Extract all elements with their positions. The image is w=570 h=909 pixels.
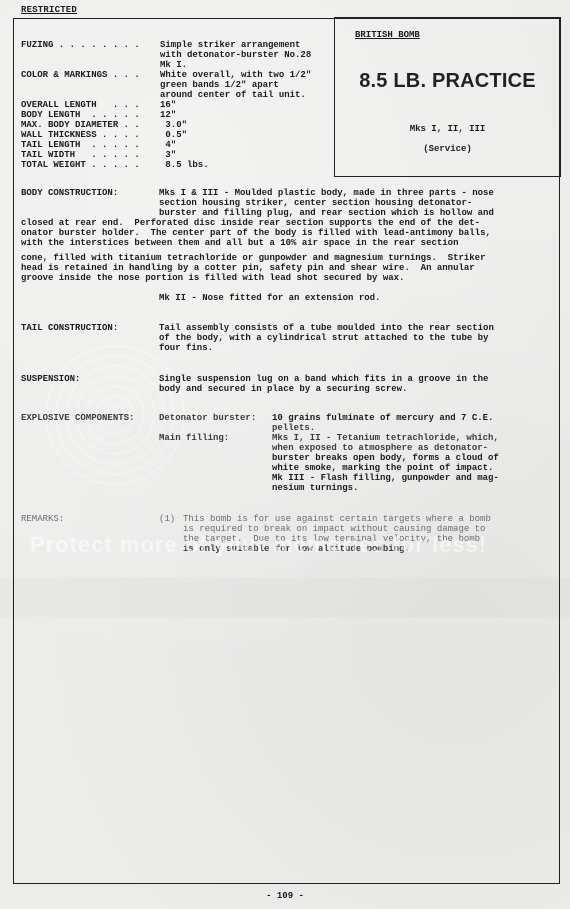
spec-total-weight-label: TOTAL WEIGHT . . . . . bbox=[21, 160, 140, 170]
tail-construction-label: TAIL CONSTRUCTION: bbox=[21, 323, 118, 333]
color-line-3: around center of tail unit. bbox=[160, 90, 306, 100]
main-filling-label: Main filling: bbox=[159, 433, 229, 443]
remarks-line-1: This bomb is for use against certain tar… bbox=[183, 514, 491, 524]
suspension-line-2: body and secured in place by a securing … bbox=[159, 384, 407, 394]
main-filling-line-4: white smoke, marking the point of impact… bbox=[272, 463, 493, 473]
fuzing-line-2: with detonator-burster No.28 bbox=[160, 50, 311, 60]
bomb-name: 8.5 LB. PRACTICE bbox=[335, 70, 560, 93]
remarks-line-3: the target. Due to its low terminal velo… bbox=[183, 534, 480, 544]
body-construction-line-3: burster and filling plug, and rear secti… bbox=[159, 208, 494, 218]
fuzing-line-3: Mk I. bbox=[160, 60, 187, 70]
remarks-number: (1) bbox=[159, 514, 175, 524]
spec-overall-length-value: 16" bbox=[160, 100, 176, 110]
body-construction-wrap-2: onator burster holder. The center part o… bbox=[21, 228, 491, 238]
body-construction-label: BODY CONSTRUCTION: bbox=[21, 188, 118, 198]
color-line-2: green bands 1/2" apart bbox=[160, 80, 279, 90]
main-filling-line-2: when exposed to atmosphere as detonator- bbox=[272, 443, 488, 453]
tail-construction-line-1: Tail assembly consists of a tube moulded… bbox=[159, 323, 494, 333]
spec-max-diameter-label: MAX. BODY DIAMETER . . bbox=[21, 120, 140, 130]
spec-body-length-value: 12" bbox=[160, 110, 176, 120]
page-number: - 109 - bbox=[0, 891, 570, 901]
suspension-line-1: Single suspension lug on a band which fi… bbox=[159, 374, 488, 384]
color-label: COLOR & MARKINGS . . . bbox=[21, 70, 140, 80]
fuzing-line-1: Simple striker arrangement bbox=[160, 40, 300, 50]
spec-tail-length-value: 4" bbox=[160, 140, 176, 150]
body-construction-wrap-5: head is retained in handling by a cotter… bbox=[21, 263, 475, 273]
bomb-kind: BRITISH BOMB bbox=[355, 30, 420, 40]
color-line-1: White overall, with two 1/2" bbox=[160, 70, 311, 80]
main-filling-line-3: burster breaks open body, forms a cloud … bbox=[272, 453, 499, 463]
spec-overall-length-label: OVERALL LENGTH . . . bbox=[21, 100, 140, 110]
tail-construction-line-3: four fins. bbox=[159, 343, 213, 353]
body-construction-wrap-3: with the interstices between them and al… bbox=[21, 238, 458, 248]
detonator-burster-line-2: pellets. bbox=[272, 423, 315, 433]
suspension-label: SUSPENSION: bbox=[21, 374, 80, 384]
spec-tail-width-label: TAIL WIDTH . . . . . bbox=[21, 150, 140, 160]
body-construction-wrap-4: cone, filled with titanium tetrachloride… bbox=[21, 253, 485, 263]
fuzing-label: FUZING . . . . . . . . bbox=[21, 40, 140, 50]
body-construction-wrap-6: groove inside the nose portion is filled… bbox=[21, 273, 404, 283]
body-construction-mk2-note: Mk II - Nose fitted for an extension rod… bbox=[159, 293, 380, 303]
detonator-burster-line-1: 10 grains fulminate of mercury and 7 C.E… bbox=[272, 413, 493, 423]
explosive-components-label: EXPLOSIVE COMPONENTS: bbox=[21, 413, 134, 423]
main-filling-line-5: Mk III - Flash filling, gunpowder and ma… bbox=[272, 473, 499, 483]
remarks-line-4: is only suitable for low altitude bombin… bbox=[183, 544, 410, 554]
spec-body-length-label: BODY LENGTH . . . . . bbox=[21, 110, 140, 120]
remarks-line-2: is required to break on impact without c… bbox=[183, 524, 485, 534]
body-construction-wrap-1: closed at rear end. Perforated disc insi… bbox=[21, 218, 480, 228]
main-filling-line-6: nesium turnings. bbox=[272, 483, 358, 493]
body-construction-line-2: section housing striker, center section … bbox=[159, 198, 472, 208]
spec-wall-thickness-label: WALL THICKNESS . . . . bbox=[21, 130, 140, 140]
spec-total-weight-value: 8.5 lbs. bbox=[160, 160, 209, 170]
spec-tail-length-label: TAIL LENGTH . . . . . bbox=[21, 140, 140, 150]
bomb-status: (Service) bbox=[335, 144, 560, 154]
main-filling-line-1: Mks I, II - Tetanium tetrachloride, whic… bbox=[272, 433, 499, 443]
tail-construction-line-2: of the body, with a cylindrical strut at… bbox=[159, 333, 488, 343]
spec-wall-thickness-value: 0.5" bbox=[160, 130, 187, 140]
remarks-label: REMARKS: bbox=[21, 514, 64, 524]
body-construction-line-1: Mks I & III - Moulded plastic body, made… bbox=[159, 188, 494, 198]
classification-marking: RESTRICTED bbox=[21, 5, 77, 15]
bomb-marks: Mks I, II, III bbox=[335, 124, 560, 134]
spec-max-diameter-value: 3.0" bbox=[160, 120, 187, 130]
spec-tail-width-value: 3" bbox=[160, 150, 176, 160]
detonator-burster-label: Detonator burster: bbox=[159, 413, 256, 423]
title-box: BRITISH BOMB 8.5 LB. PRACTICE Mks I, II,… bbox=[334, 17, 561, 177]
